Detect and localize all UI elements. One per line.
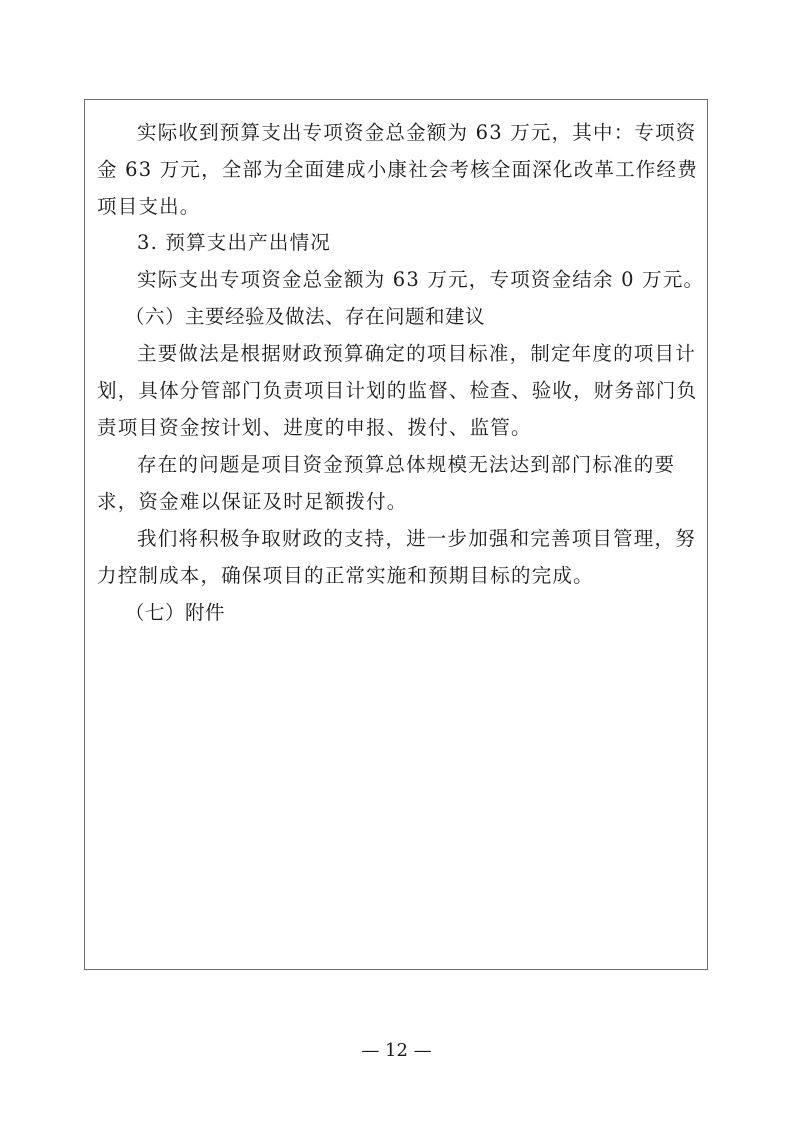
section-heading-attachments: （七）附件 <box>85 600 225 626</box>
content-frame: 实际收到预算支出专项资金总金额为 63 万元，其中：专项资 金 63 万元，全部… <box>84 99 708 970</box>
paragraph-practices-line-1: 主要做法是根据财政预算确定的项目标准，制定年度的项目计 <box>85 341 696 367</box>
page-number: — 12 — <box>0 1039 793 1063</box>
paragraph-suggestions-line-2: 力控制成本，确保项目的正常实施和预期目标的完成。 <box>85 563 594 589</box>
paragraph-receipt-line-1: 实际收到预算支出专项资金总金额为 63 万元，其中：专项资 <box>85 120 697 146</box>
paragraph-receipt-line-3: 项目支出。 <box>85 194 201 220</box>
paragraph-practices-line-2: 划，具体分管部门负责项目计划的监督、检查、验收，财务部门负 <box>85 378 697 404</box>
section-heading-experience: （六）主要经验及做法、存在问题和建议 <box>85 304 485 330</box>
paragraph-output-line-1: 实际支出专项资金总金额为 63 万元，专项资金结余 0 万元。 <box>85 267 704 293</box>
paragraph-problems-line-1: 存在的问题是项目资金预算总体规模无法达到部门标准的要 <box>85 452 675 478</box>
paragraph-practices-line-3: 责项目资金按计划、进度的申报、拨付、监管。 <box>85 415 532 441</box>
paragraph-receipt-line-2: 金 63 万元，全部为全面建成小康社会考核全面深化改革工作经费 <box>85 157 698 183</box>
paragraph-suggestions-line-1: 我们将积极争取财政的支持，进一步加强和完善项目管理，努 <box>85 526 696 552</box>
subheading-budget-output: 3. 预算支出产出情况 <box>85 230 331 256</box>
paragraph-problems-line-2: 求，资金难以保证及时足额拨付。 <box>85 489 408 515</box>
